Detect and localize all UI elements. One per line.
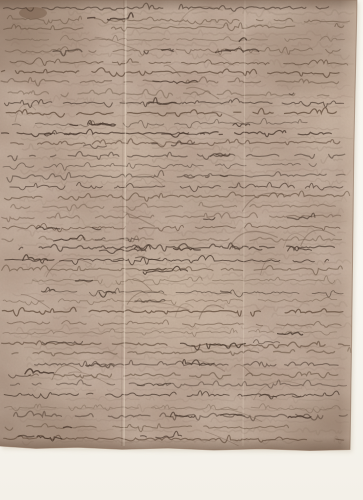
- scanner-background: [0, 0, 363, 500]
- letter-page-scan: [0, 0, 363, 500]
- edge-shading: [0, 0, 358, 451]
- paper-sheet: [0, 0, 363, 470]
